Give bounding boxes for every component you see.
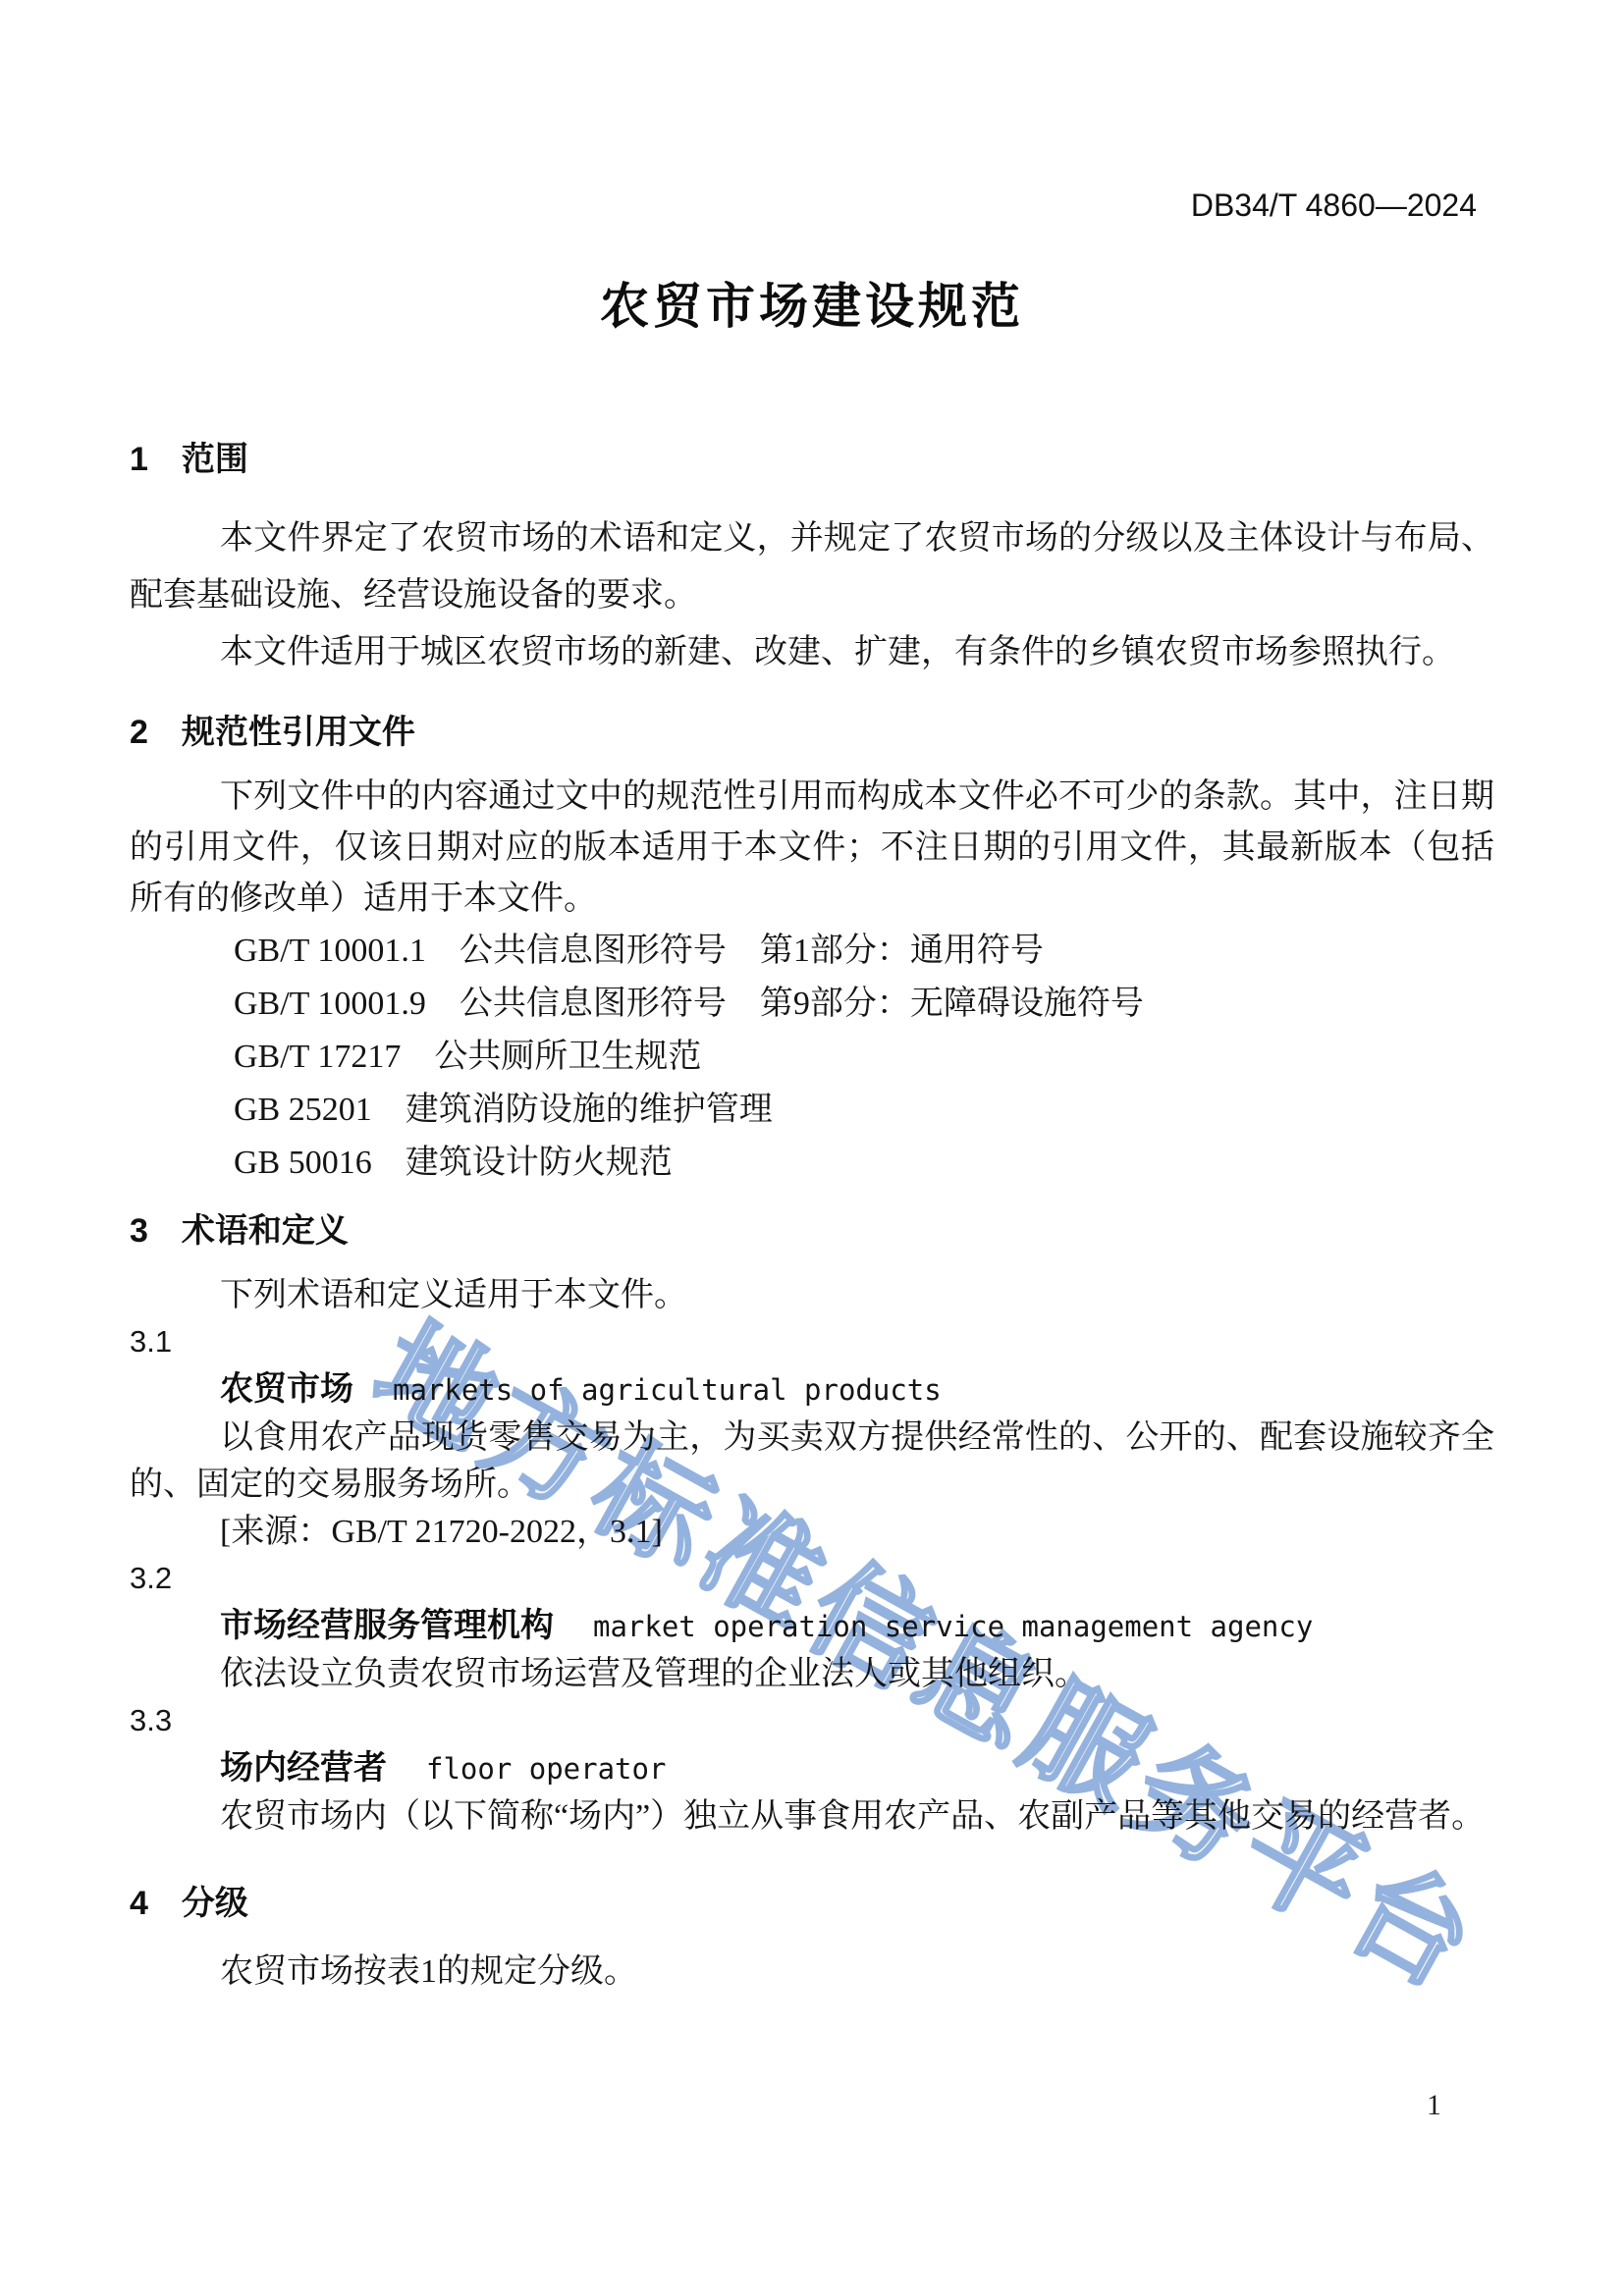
section-1-number: 1 [130, 441, 148, 478]
section-3-heading: 3术语和定义 [130, 1209, 1494, 1253]
term-source: [来源：GB/T 21720-2022，3.1] [130, 1509, 1494, 1556]
section-4-heading: 4分级 [130, 1882, 1494, 1925]
term-line: 农贸市场markets of agricultural products [130, 1364, 1494, 1415]
reference-item: GB/T 10001.9 公共信息图形符号 第9部分：无障碍设施符号 [130, 978, 1494, 1031]
term-line: 场内经营者floor operator [130, 1743, 1494, 1793]
section-4-title: 分级 [182, 1885, 248, 1922]
terms-intro: 下列术语和定义适用于本文件。 [130, 1272, 1494, 1319]
term-number: 3.2 [130, 1556, 1494, 1601]
reference-list: GB/T 10001.1 公共信息图形符号 第1部分：通用符号 GB/T 100… [130, 925, 1494, 1190]
document-page: 地方标准信息服务平台 DB34/T 4860—2024 农贸市场建设规范 1范围… [0, 0, 1624, 2296]
reference-item: GB/T 17217 公共厕所卫生规范 [130, 1031, 1494, 1084]
section-3-number: 3 [130, 1212, 148, 1250]
section-1-heading: 1范围 [130, 438, 1494, 481]
document-content: DB34/T 4860—2024 农贸市场建设规范 1范围 本文件界定了农贸市场… [0, 187, 1624, 1996]
term-number: 3.1 [130, 1319, 1494, 1364]
scope-paragraph-1: 本文件界定了农贸市场的术语和定义，并规定了农贸市场的分级以及主体设计与布局、配套… [130, 510, 1494, 624]
reference-item: GB/T 10001.1 公共信息图形符号 第1部分：通用符号 [130, 925, 1494, 978]
term-zh: 农贸市场 [220, 1370, 353, 1408]
term-block: 3.2 市场经营服务管理机构market operation service m… [130, 1556, 1494, 1698]
normative-references-intro: 下列文件中的内容通过文中的规范性引用而构成本文件必不可少的条款。其中，注日期的引… [130, 772, 1494, 925]
reference-item: GB 25201 建筑消防设施的维护管理 [130, 1084, 1494, 1137]
section-2-number: 2 [130, 714, 148, 751]
term-definition: 以食用农产品现货零售交易为主，为买卖双方提供经常性的、公开的、配套设施较齐全的、… [130, 1415, 1494, 1509]
reference-item: GB 50016 建筑设计防火规范 [130, 1137, 1494, 1190]
section-4-number: 4 [130, 1885, 148, 1922]
term-block: 3.1 农贸市场markets of agricultural products… [130, 1319, 1494, 1556]
term-number: 3.3 [130, 1698, 1494, 1743]
page-title: 农贸市场建设规范 [130, 273, 1494, 340]
section-3-title: 术语和定义 [182, 1212, 349, 1250]
term-zh: 场内经营者 [220, 1749, 387, 1787]
term-definition: 农贸市场内（以下简称“场内”）独立从事食用农产品、农副产品等其他交易的经营者。 [130, 1793, 1494, 1841]
scope-paragraph-2: 本文件适用于城区农贸市场的新建、改建、扩建，有条件的乡镇农贸市场参照执行。 [130, 624, 1494, 681]
page-number: 1 [1427, 2089, 1441, 2122]
section-2-title: 规范性引用文件 [182, 714, 415, 751]
section-1-title: 范围 [182, 441, 248, 478]
term-definition: 依法设立负责农贸市场运营及管理的企业法人或其他组织。 [130, 1651, 1494, 1698]
term-en: floor operator [426, 1752, 666, 1786]
term-zh: 市场经营服务管理机构 [220, 1607, 554, 1644]
term-en: market operation service management agen… [593, 1610, 1313, 1643]
term-en: markets of agricultural products [393, 1373, 942, 1407]
classification-paragraph: 农贸市场按表1的规定分级。 [130, 1949, 1494, 1996]
section-2-heading: 2规范性引用文件 [130, 711, 1494, 754]
term-block: 3.3 场内经营者floor operator 农贸市场内（以下简称“场内”）独… [130, 1698, 1494, 1841]
standard-code: DB34/T 4860—2024 [130, 187, 1494, 224]
term-line: 市场经营服务管理机构market operation service manag… [130, 1601, 1494, 1651]
